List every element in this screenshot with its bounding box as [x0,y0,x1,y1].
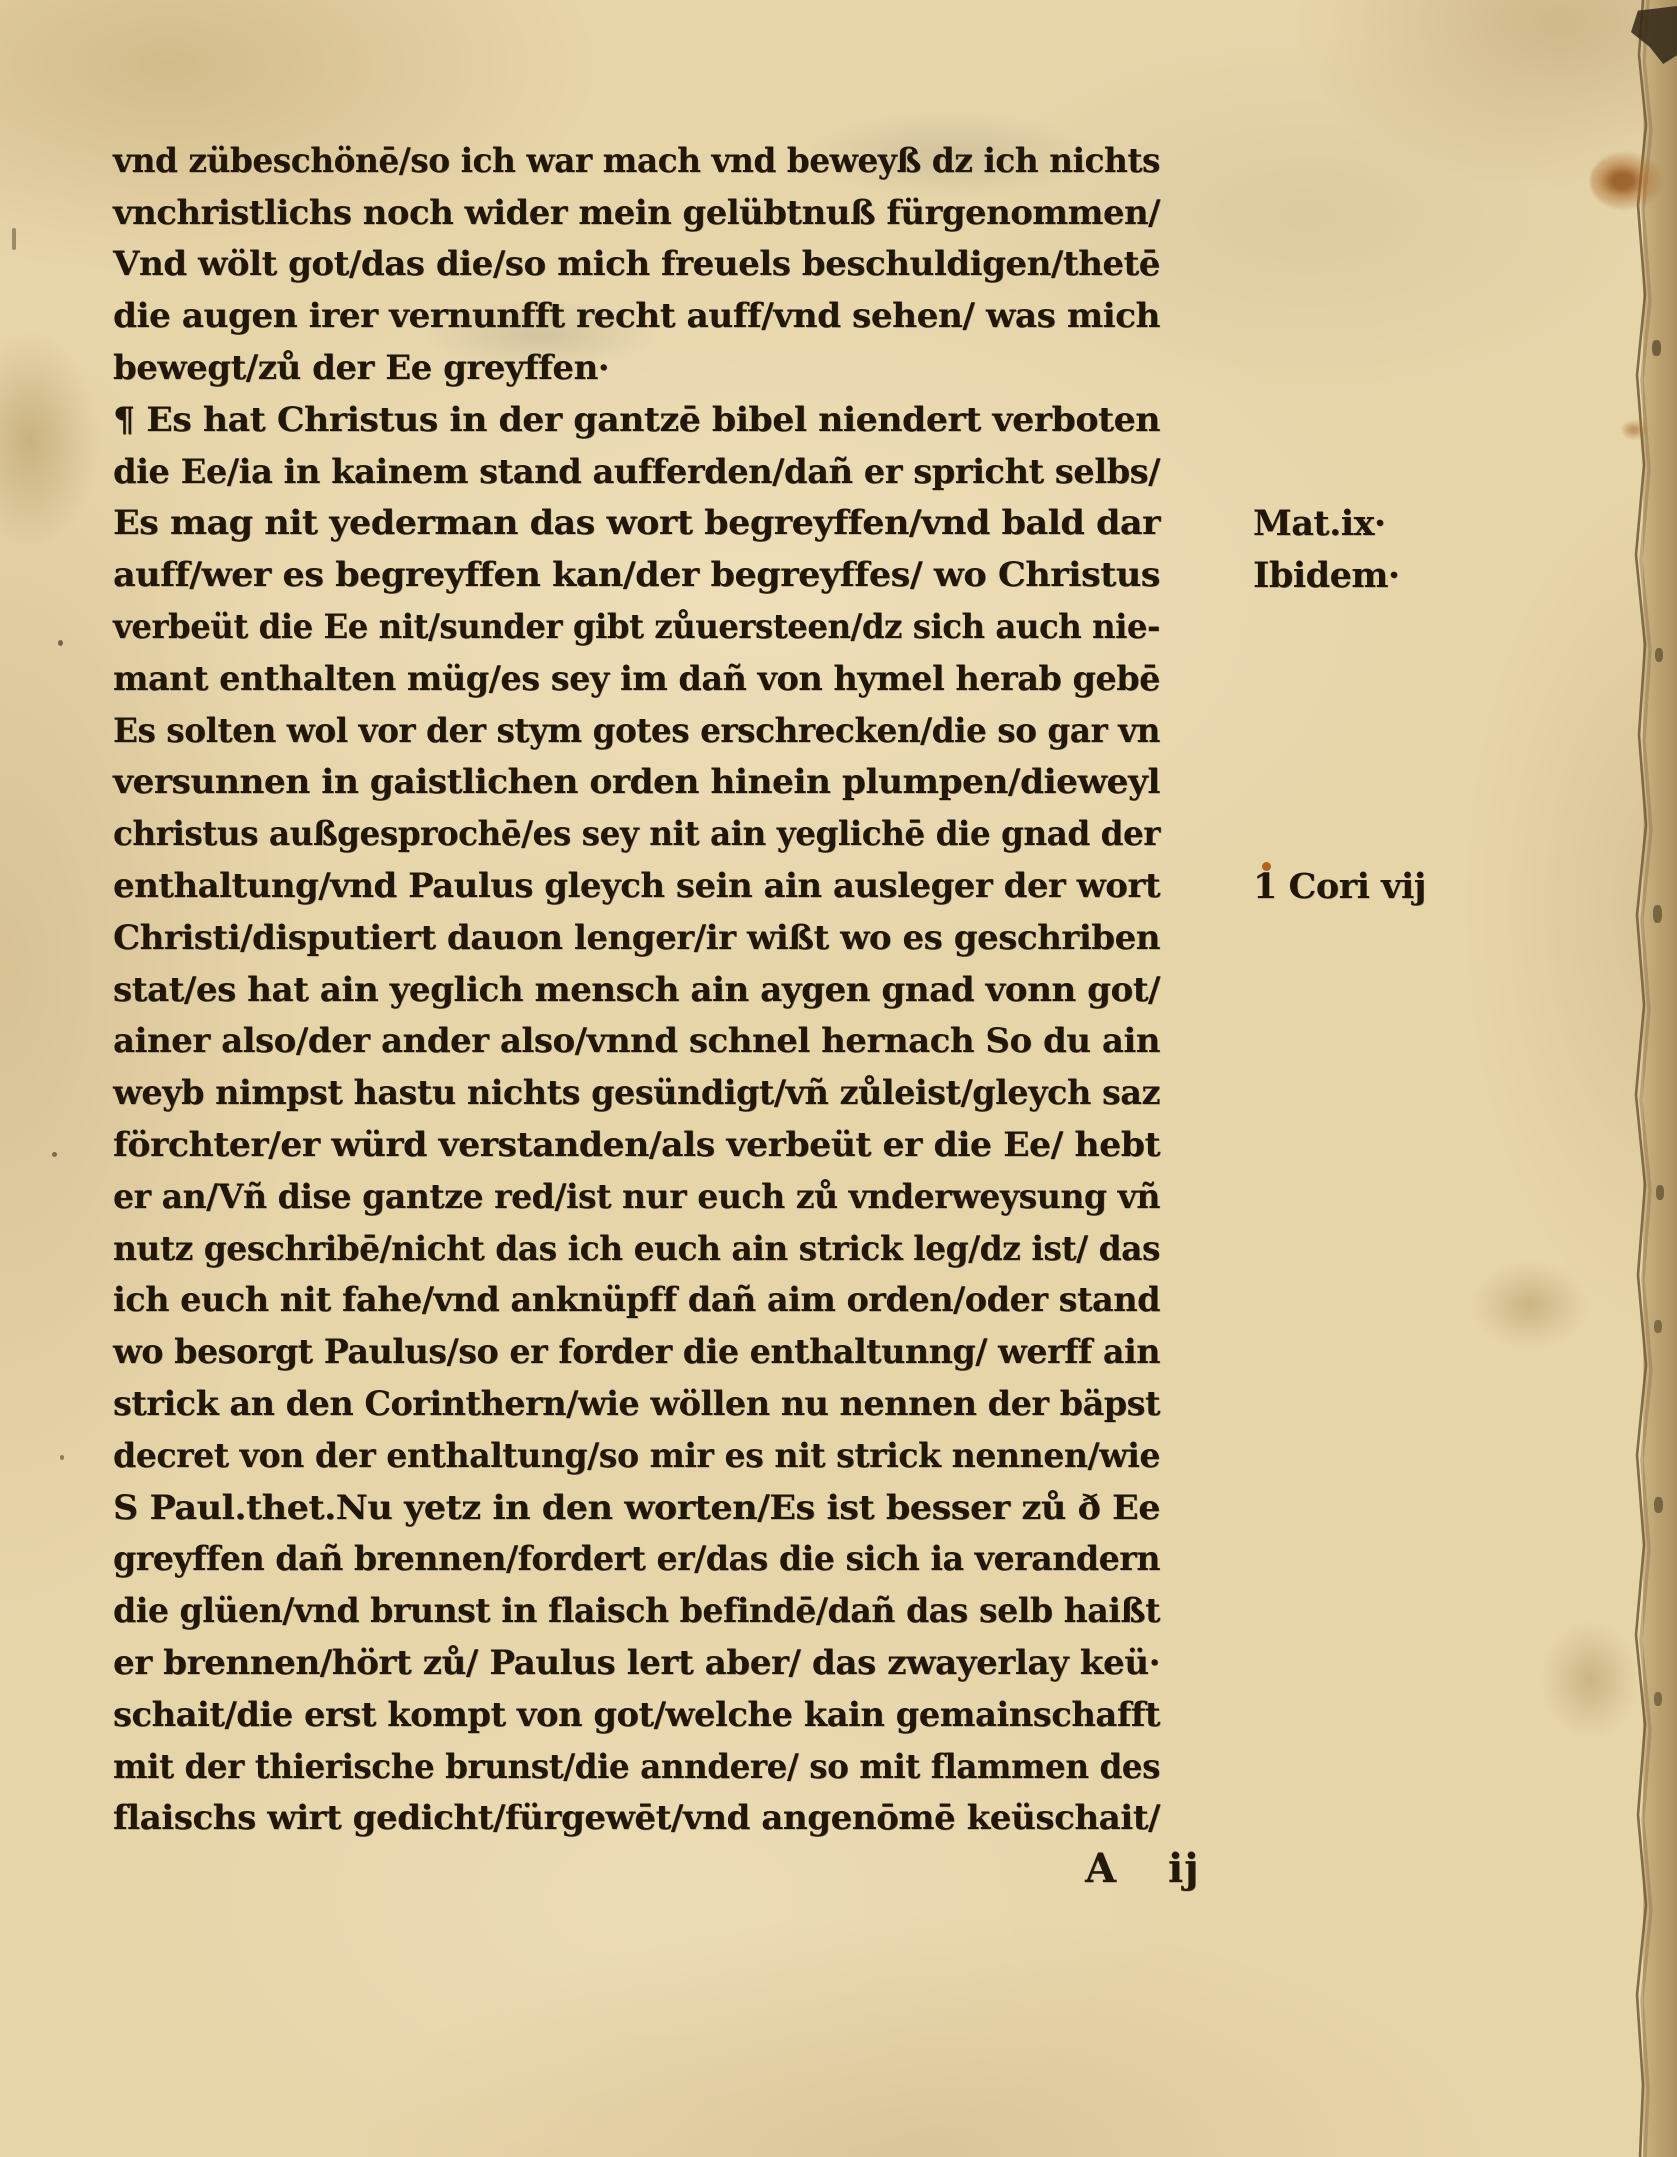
edge-tick [1655,648,1663,662]
signature-mark: A ij [1085,1845,1200,1892]
text-line: auff/wer es begreyffen kan/der begreyffe… [113,549,1160,601]
text-line: greyffen dañ brennen/fordert er/das die … [113,1534,1160,1586]
text-line: vnchristlichs noch wider mein gelübtnuß … [113,187,1160,239]
text-line: nutz geschribē/nicht das ich euch ain st… [113,1223,1160,1275]
text-line: Christi/disputiert dauon lenger/ir wißt … [113,912,1160,964]
text-line: flaischs wirt gedicht/fürgewēt/vnd angen… [113,1793,1160,1845]
text-block: vnd zübeschönē/so ich war mach vnd bewey… [113,135,1160,1844]
text-line: förchter/er würd verstanden/als verbeüt … [113,1119,1160,1171]
edge-tick [1652,340,1661,356]
ink-speck [52,1152,57,1157]
ink-speck [60,1455,64,1460]
text-line: die glüen/vnd brunst in flaisch befindē/… [113,1585,1160,1637]
edge-tick [1656,1185,1664,1200]
margin-note: Ibidem· [1253,549,1400,601]
text-line: wo besorgt Paulus/so er forder die entha… [113,1326,1160,1378]
page-edge-tear-line [1617,0,1677,2157]
text-line: strick an den Corinthern/wie wöllen nu n… [113,1378,1160,1430]
margin-note: Mat.ix· [1253,498,1386,550]
edge-tick [1654,1497,1663,1513]
faint-stain [0,330,100,550]
text-line: enthaltung/vnd Paulus gleych sein ain au… [113,860,1160,912]
text-line: stat/es hat ain yeglich mensch ain aygen… [113,964,1160,1016]
text-line: S Paul.thet.Nu yetz in den worten/Es ist… [113,1482,1160,1534]
text-line: vnd zübeschönē/so ich war mach vnd bewey… [113,135,1160,187]
text-line: er brennen/hört zů/ Paulus lert aber/ da… [113,1637,1160,1689]
text-line: er an/Vñ dise gantze red/ist nur euch zů… [113,1171,1160,1223]
edge-tick [1654,1692,1662,1706]
text-line: versunnen in gaistlichen orden hinein pl… [113,757,1160,809]
text-line: Vnd wölt got/das die/so mich freuels bes… [113,239,1160,291]
text-line: bewegt/zů der Ee greyffen· [113,342,1160,394]
text-line: Es solten wol vor der stym gotes erschre… [113,705,1160,757]
text-line: ich euch nit fahe/vnd anknüpff dañ aim o… [113,1275,1160,1327]
text-line: mit der thierische brunst/die anndere/ s… [113,1741,1160,1793]
text-line: christus außgesprochē/es sey nit ain yeg… [113,808,1160,860]
text-line: ¶ Es hat Christus in der gantzē bibel ni… [113,394,1160,446]
scanned-book-page: vnd zübeschönē/so ich war mach vnd bewey… [0,0,1677,2157]
text-line: die augen irer vernunfft recht auff/vnd … [113,290,1160,342]
text-line: ainer also/der ander also/vnnd schnel he… [113,1016,1160,1068]
margin-note: 1 Cori vij [1253,860,1426,912]
ink-speck [58,640,63,646]
edge-tick [1654,1320,1662,1333]
edge-tick [1653,905,1662,923]
text-line: schait/die erst kompt von got/welche kai… [113,1689,1160,1741]
text-line: verbeüt die Ee nit/sunder gibt zůuerstee… [113,601,1160,653]
text-line: Es mag nit yederman das wort begreyffen/… [113,498,1160,550]
ink-speck [12,228,16,250]
text-line: decret von der enthaltung/so mir es nit … [113,1430,1160,1482]
text-line: mant enthalten müg/es sey im dañ von hym… [113,653,1160,705]
text-line: die Ee/ia in kainem stand aufferden/dañ … [113,446,1160,498]
faint-stain [1470,1260,1590,1350]
text-line: weyb nimpst hastu nichts gesündigt/vñ zů… [113,1067,1160,1119]
